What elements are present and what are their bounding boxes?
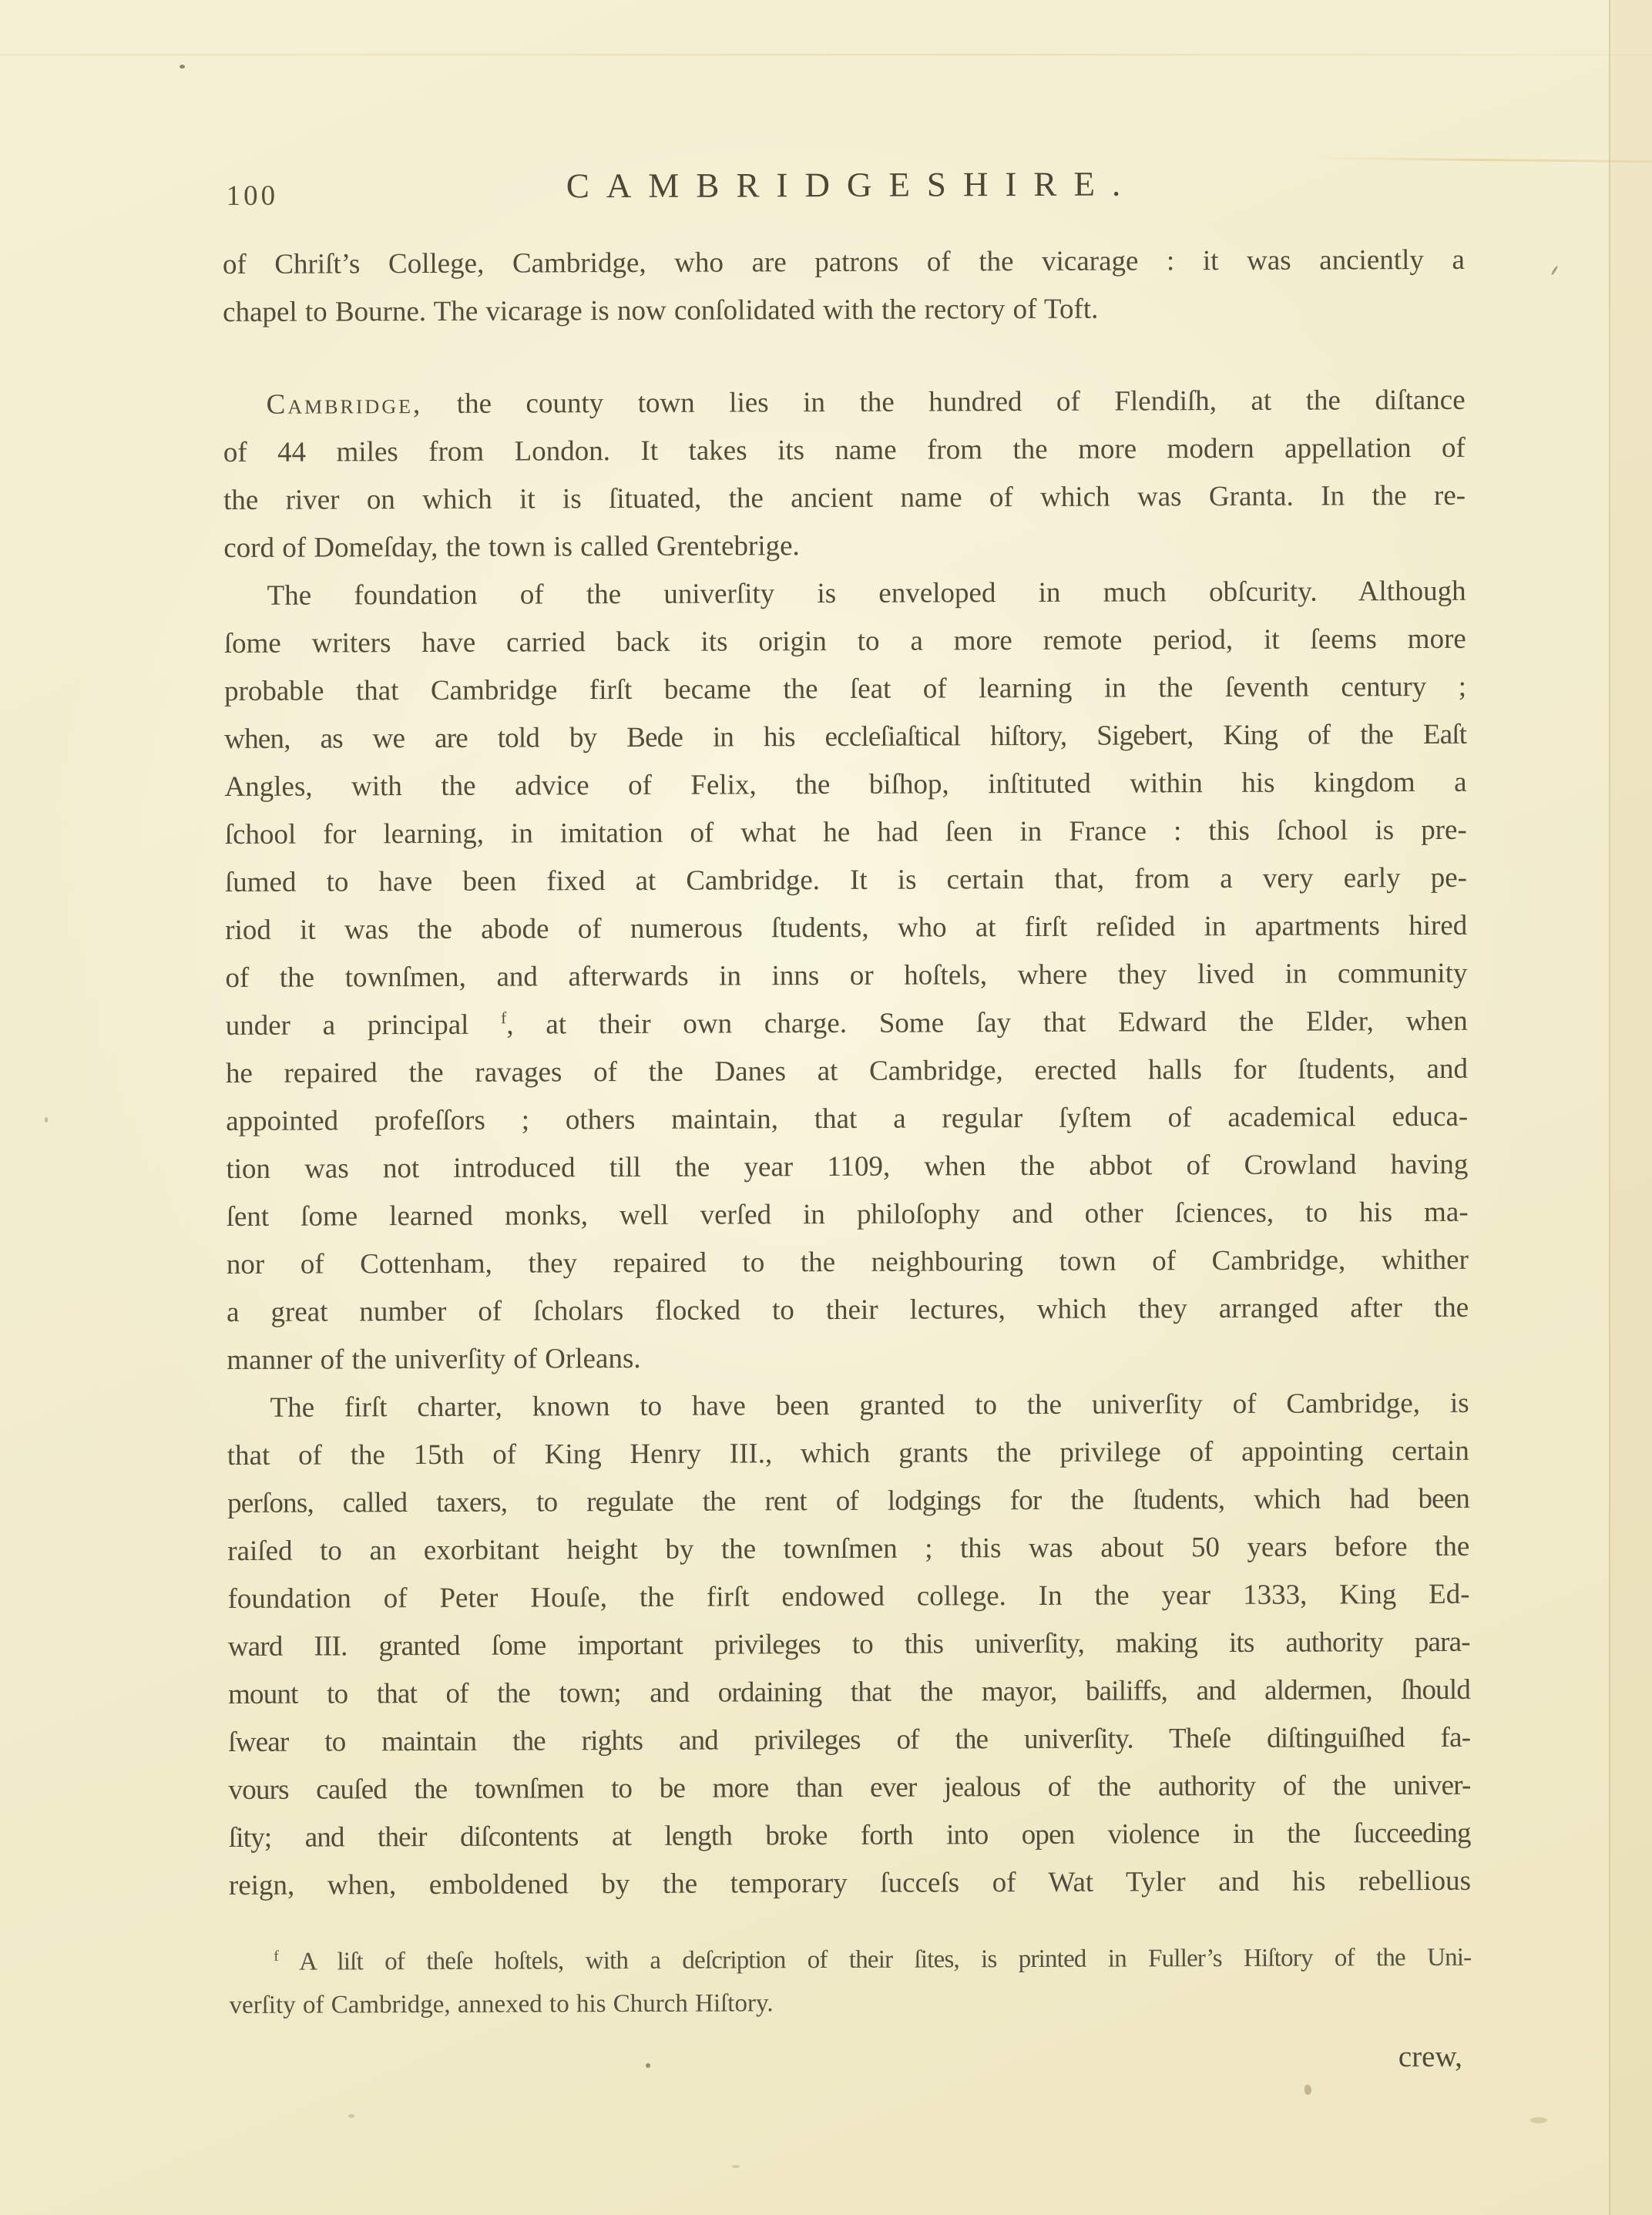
text-line: he repaired the ravages of the Danes at … — [226, 1045, 1468, 1098]
text-line: raiſed to an exorbitant height by the to… — [227, 1523, 1469, 1576]
text-line: f A liſt of theſe hoſtels, with a deſcri… — [229, 1936, 1471, 1984]
text-line: manner of the univerſity of Orleans. — [227, 1332, 1469, 1384]
text-line: chapel to Bourne. The vicarage is now co… — [223, 284, 1465, 337]
text-line: perſons, called taxers, to regulate the … — [227, 1475, 1469, 1528]
text-line: ſwear to maintain the rights and privile… — [228, 1714, 1470, 1767]
text-line: reign, when, emboldened by the temporary… — [229, 1858, 1471, 1910]
footnote-paragraph: f A liſt of theſe hoſtels, with a deſcri… — [229, 1936, 1471, 2027]
text-line: The foundation of the univerſity is enve… — [223, 568, 1466, 620]
text-line: appointed profeſſors ; others maintain, … — [226, 1093, 1468, 1146]
text-line: under a principal f, at their own charge… — [226, 998, 1468, 1050]
page-content: 100 CAMBRIDGESHIRE. of Chriſt’s College,… — [0, 0, 1652, 2215]
footnote: f A liſt of theſe hoſtels, with a deſcri… — [229, 1936, 1471, 2027]
text-line: a great number of ſcholars flocked to th… — [227, 1284, 1469, 1337]
small-caps-lead: Cambridge, — [267, 388, 423, 421]
text-line: of Chriſt’s College, Cambridge, who are … — [223, 237, 1465, 289]
text-line: Cambridge, the county town lies in the h… — [223, 377, 1465, 429]
text-line: tion was not introduced till the year 11… — [226, 1141, 1468, 1193]
text-line: vours cauſed the townſmen to be more tha… — [228, 1762, 1470, 1814]
paragraph: of Chriſt’s College, Cambridge, who are … — [223, 237, 1465, 337]
text-line: the river on which it is ſituated, the a… — [223, 472, 1466, 525]
text-line: verſity of Cambridge, annexed to his Chu… — [229, 1979, 1471, 2027]
text-line: foundation of Peter Houſe, the firſt end… — [227, 1571, 1469, 1623]
text-line: ſumed to have been fixed at Cambridge. I… — [225, 854, 1467, 907]
text-line: ſent ſome learned monks, well verſed in … — [227, 1189, 1469, 1241]
text-line: ward III. granted ſome important privile… — [228, 1619, 1470, 1671]
text-line: of the townſmen, and afterwards in inns … — [225, 950, 1467, 1002]
footnote-marker: f — [274, 1948, 278, 1965]
text-line: when, as we are told by Bede in his eccl… — [224, 711, 1466, 764]
paragraph: The foundation of the univerſity is enve… — [223, 568, 1469, 1384]
footnote-marker: f — [501, 1008, 506, 1027]
text-line: Angles, with the advice of Felix, the bi… — [224, 759, 1466, 811]
text-line: nor of Cottenham, they repaired to the n… — [227, 1237, 1469, 1289]
text-line: cord of Domeſday, the town is called Gre… — [223, 520, 1466, 572]
text-line: of 44 miles from London. It takes its na… — [223, 425, 1466, 477]
text-line: ſome writers have carried back its origi… — [224, 616, 1466, 668]
paragraph: The firſt charter, known to have been gr… — [227, 1380, 1471, 1910]
text-line: riod it was the abode of numerous ſtuden… — [225, 902, 1467, 955]
text-line: ſity; and their diſcontents at length br… — [229, 1810, 1471, 1862]
text-line: that of the 15th of King Henry III., whi… — [227, 1428, 1469, 1480]
scanned-book-page: 100 CAMBRIDGESHIRE. of Chriſt’s College,… — [0, 0, 1652, 2215]
body-text: of Chriſt’s College, Cambridge, who are … — [223, 237, 1472, 2086]
paragraph: Cambridge, the county town lies in the h… — [223, 377, 1466, 572]
text-line: mount to that of the town; and ordaining… — [228, 1666, 1470, 1719]
catchword: crew, — [230, 2033, 1472, 2086]
text-line: ſchool for learning, in imitation of wha… — [225, 807, 1467, 859]
running-title: CAMBRIDGESHIRE. — [222, 163, 1464, 207]
text-line: probable that Cambridge firſt became the… — [224, 663, 1466, 716]
text-line: The firſt charter, known to have been gr… — [227, 1380, 1469, 1432]
